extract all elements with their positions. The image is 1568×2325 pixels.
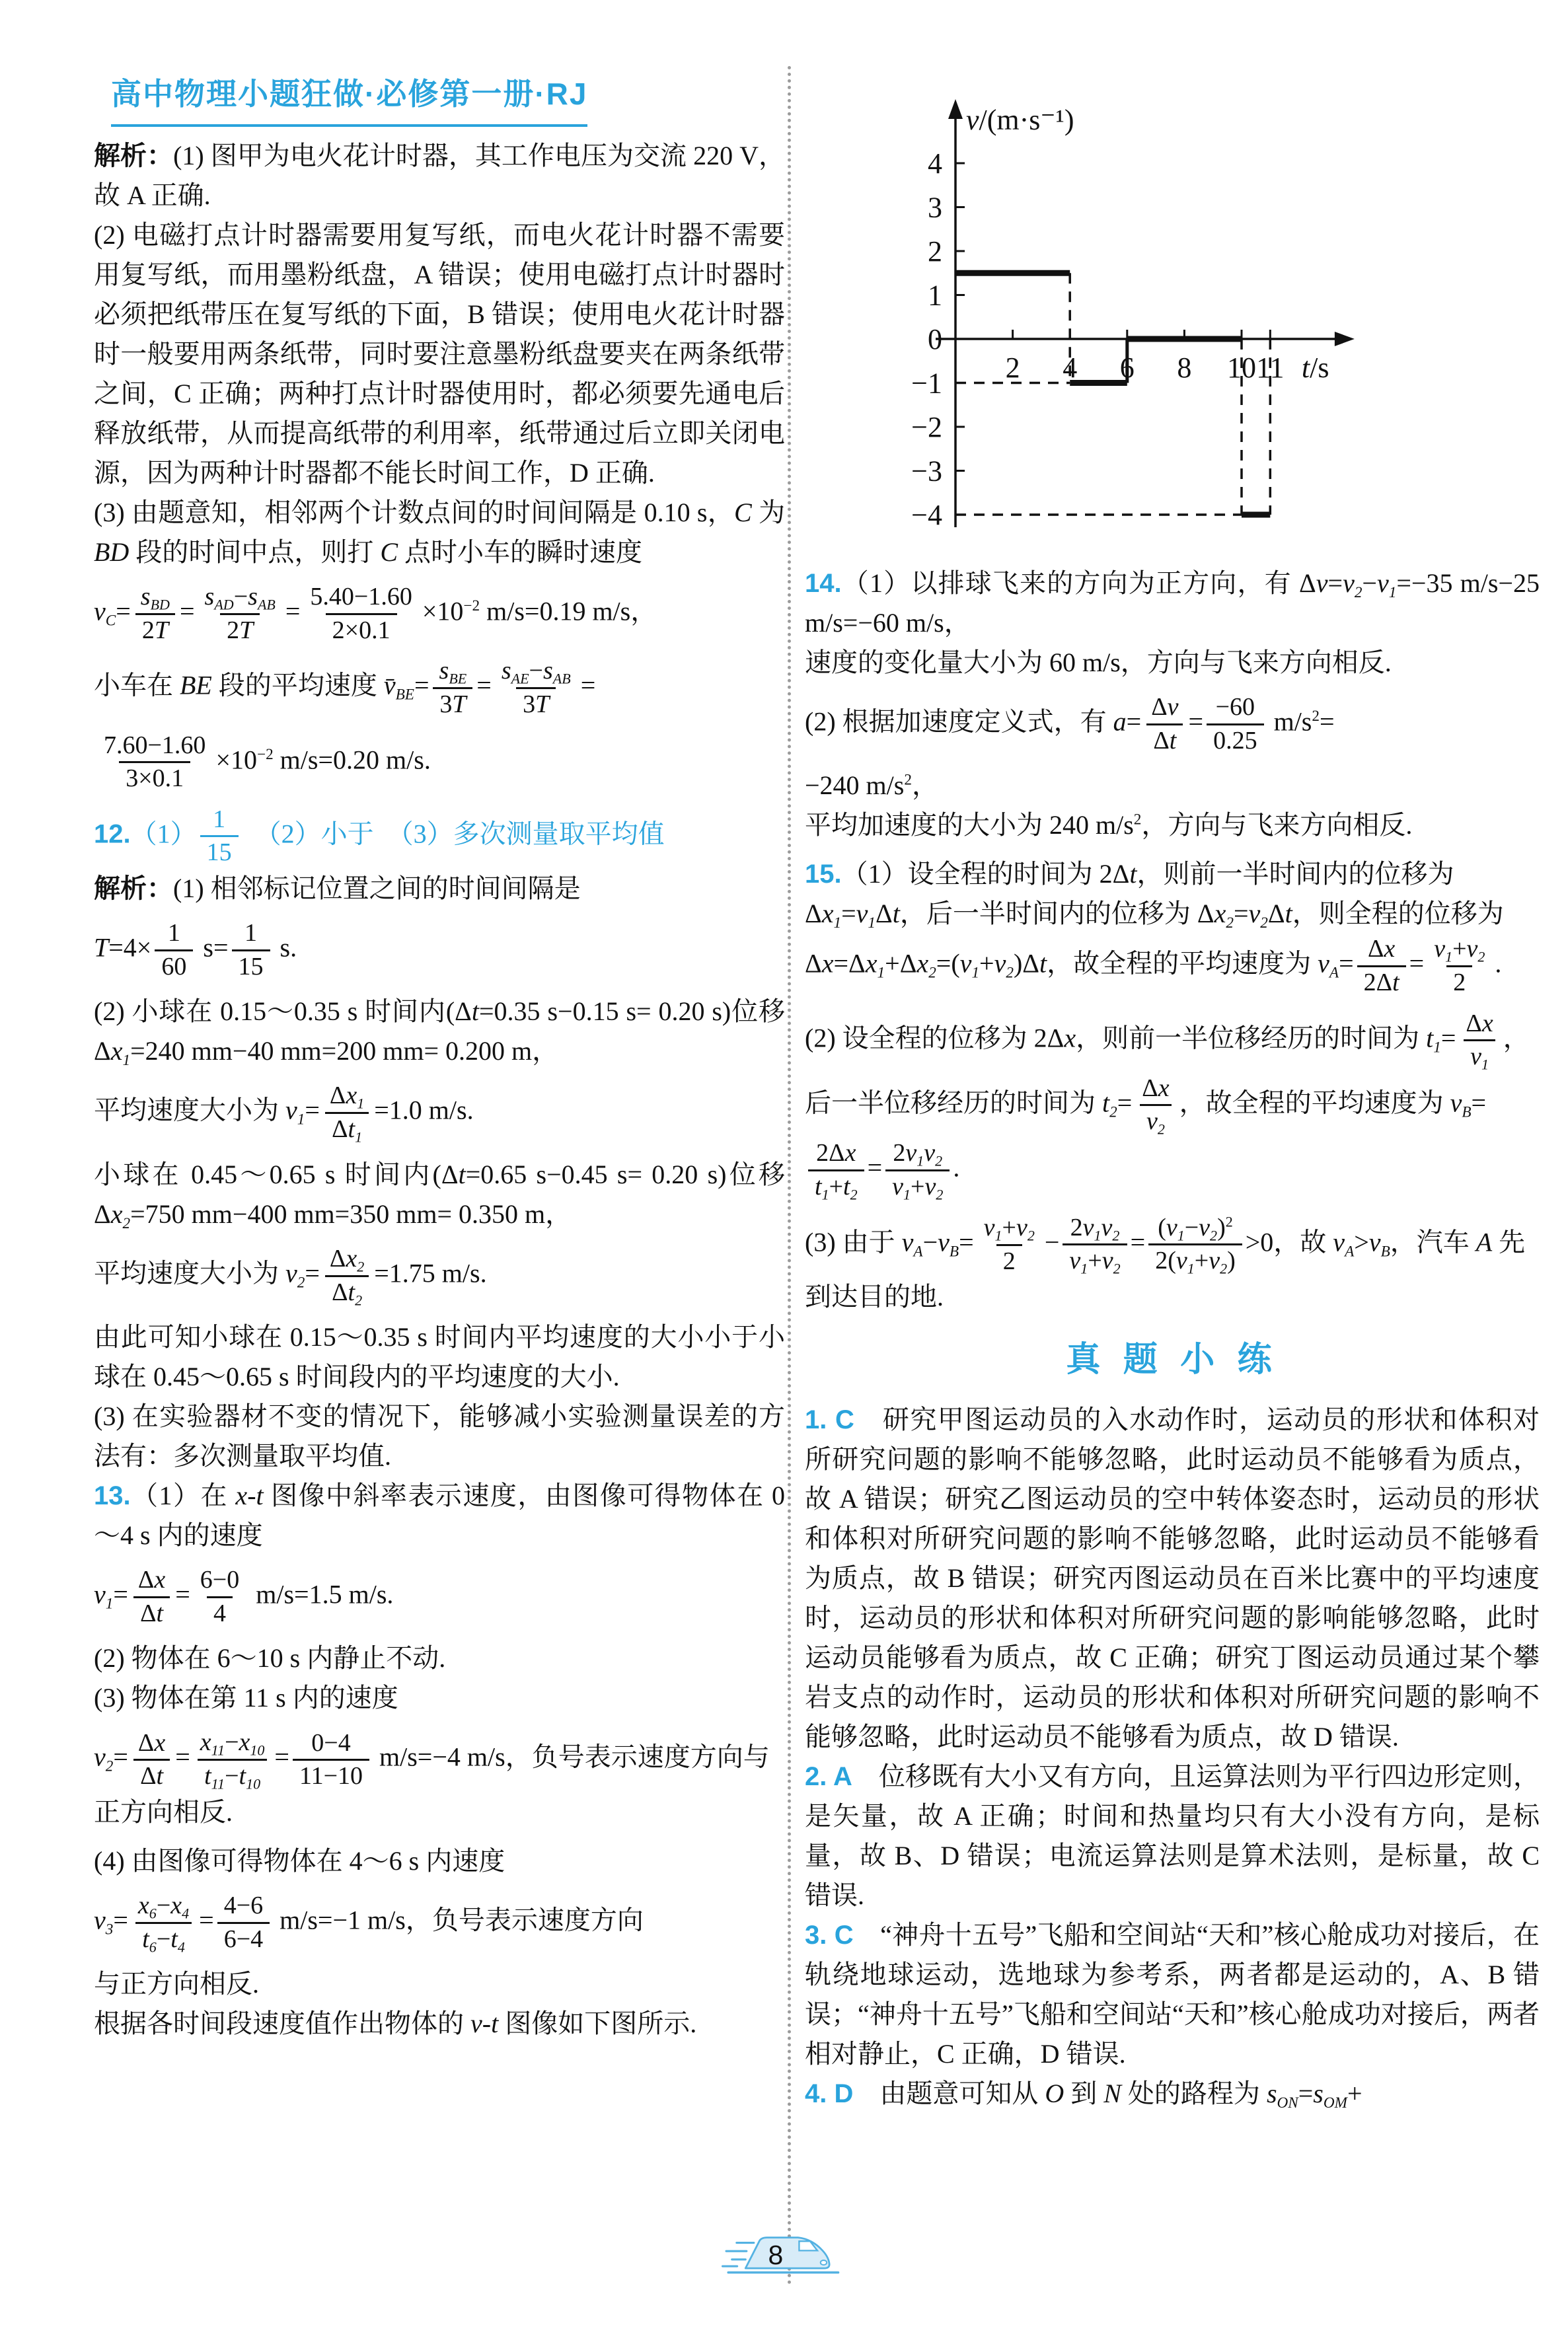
formula-paragraph: 15.（1）设全程的时间为 2Δt，则前一半时间内的位移为 Δx1=v1Δt，后… bbox=[805, 854, 1540, 998]
page-badge: 8 bbox=[720, 2232, 843, 2276]
paragraph: 平均加速度的大小为 240 m/s2，方向与飞来方向相反. bbox=[805, 805, 1540, 845]
svg-text:2: 2 bbox=[1006, 351, 1020, 384]
paragraph: 由此可知小球在 0.15～0.35 s 时间内平均速度的大小小于小球在 0.45… bbox=[94, 1317, 785, 1397]
paragraph: 1. C 研究甲图运动员的入水动作时，运动员的形状和体积对所研究问题的影响不能够… bbox=[805, 1400, 1540, 1757]
velocity-time-chart: 2468101143210−1−2−3−4v/(m·s⁻¹)t/s bbox=[805, 92, 1540, 548]
paragraph: 根据各时间段速度值作出物体的 v-t 图像如下图所示. bbox=[94, 2004, 785, 2044]
chart-tick-labels: 2468101143210−1−2−3−4v/(m·s⁻¹)t/s bbox=[911, 104, 1329, 531]
svg-text:8: 8 bbox=[1177, 351, 1191, 384]
chart-dashed-guides bbox=[955, 273, 1270, 515]
paragraph: 3. C “神舟十五号”飞船和空间站“天和”核心舱成功对接后，在轨绕地球运动，选… bbox=[805, 1915, 1540, 2074]
paragraph: (2) 物体在 6～10 s 内静止不动. bbox=[94, 1639, 785, 1678]
paragraph: 小球在 0.45～0.65 s 时间内(Δt=0.65 s−0.45 s= 0.… bbox=[94, 1155, 785, 1234]
paragraph: 14.（1）以排球飞来的方向为正方向，有 Δv=v2−v1=−35 m/s−25… bbox=[805, 564, 1540, 643]
paragraph: −240 m/s2， bbox=[805, 766, 1540, 805]
page-number: 8 bbox=[768, 2240, 784, 2270]
paragraph: 2. A 位移既有大小又有方向，且运算法则为平行四边形定则，是矢量，故 A 正确… bbox=[805, 1757, 1540, 1915]
paragraph: 速度的变化量大小为 60 m/s，方向与飞来方向相反. bbox=[805, 643, 1540, 683]
paragraph: 解析：(1) 相邻标记位置之间的时间间隔是 bbox=[94, 869, 785, 908]
formula-paragraph: v1=ΔxΔt=6−04 m/s=1.5 m/s. bbox=[94, 1565, 785, 1629]
left-column: 解析：(1) 图甲为电火花计时器，其工作电压为交流 220 V，故 A 正确.(… bbox=[94, 136, 785, 2044]
formula-paragraph: (2) 根据加速度定义式，有 a=ΔvΔt=−600.25 m/s2= bbox=[805, 692, 1540, 757]
svg-text:−3: −3 bbox=[911, 455, 942, 488]
formula-paragraph: 小车在 BE 段的平均速度 v̄BE=sBE3T=sAE−sAB3T= bbox=[94, 655, 785, 720]
formula-paragraph: (2) 设全程的位移为 2Δx，则前一半位移经历的时间为 t1=Δxv1，后一半… bbox=[805, 1008, 1540, 1203]
chart-series bbox=[955, 273, 1270, 515]
paragraph: 4. D 由题意可知从 O 到 N 处的路程为 sON=sOM+ bbox=[805, 2074, 1540, 2114]
svg-text:0: 0 bbox=[928, 323, 942, 355]
right-column: 2468101143210−1−2−3−4v/(m·s⁻¹)t/s14.（1）以… bbox=[805, 92, 1540, 2114]
svg-text:1: 1 bbox=[928, 279, 942, 312]
section-title: 真 题 小 练 bbox=[805, 1334, 1540, 1385]
formula-paragraph: T=4×160 s=115 s. bbox=[94, 918, 785, 982]
page: 高中物理小题狂做·必修第一册·RJ 解析：(1) 图甲为电火花计时器，其工作电压… bbox=[0, 0, 1568, 2325]
paragraph: (4) 由图像可得物体在 4～6 s 内速度 bbox=[94, 1841, 785, 1881]
formula-paragraph: (3) 由于 vA−vB=v1+v22−2v1v2v1+v2=(v1−v2)22… bbox=[805, 1212, 1540, 1317]
svg-text:3: 3 bbox=[928, 192, 942, 224]
paragraph: (3) 由题意知，相邻两个计数点间的时间间隔是 0.10 s，C 为 BD 段的… bbox=[94, 493, 785, 572]
column-divider bbox=[788, 66, 791, 2286]
paragraph: (2) 电磁打点计时器需要用复写纸，而电火花计时器不需要用复写纸，而用墨粉纸盘，… bbox=[94, 215, 785, 493]
paragraph: 与正方向相反. bbox=[94, 1964, 785, 2004]
chart-axes bbox=[936, 116, 1336, 527]
vt-graph-svg: 2468101143210−1−2−3−4v/(m·s⁻¹)t/s bbox=[805, 92, 1540, 536]
formula-paragraph: 平均速度大小为 v2=Δx2Δt2=1.75 m/s. bbox=[94, 1243, 785, 1309]
formula-paragraph: 7.60−1.603×0.1×10−2 m/s=0.20 m/s. bbox=[94, 730, 785, 795]
svg-text:4: 4 bbox=[928, 147, 942, 180]
svg-text:2: 2 bbox=[928, 235, 942, 268]
paragraph: (3) 物体在第 11 s 内的速度 bbox=[94, 1678, 785, 1718]
formula-paragraph: v3=x6−x4t6−t4=4−66−4 m/s=−1 m/s，负号表示速度方向 bbox=[94, 1890, 785, 1956]
svg-text:−4: −4 bbox=[911, 499, 942, 531]
paragraph: 13.（1）在 x-t 图像中斜率表示速度，由图像可得物体在 0～4 s 内的速… bbox=[94, 1476, 785, 1555]
formula-paragraph: v2=ΔxΔt=x11−x10t11−t10=0−411−10 m/s=−4 m… bbox=[94, 1727, 785, 1832]
svg-text:v/(m·s⁻¹): v/(m·s⁻¹) bbox=[966, 104, 1074, 136]
svg-text:t/s: t/s bbox=[1302, 351, 1329, 384]
paragraph: (2) 小球在 0.15～0.35 s 时间内(Δt=0.35 s−0.15 s… bbox=[94, 992, 785, 1071]
formula-paragraph: vC=sBD2T=sAD−sAB2T=5.40−1.602×0.1×10−2 m… bbox=[94, 581, 785, 646]
paragraph: (3) 在实验器材不变的情况下，能够减小实验测量误差的方法有：多次测量取平均值. bbox=[94, 1397, 785, 1476]
svg-text:−1: −1 bbox=[911, 367, 942, 400]
formula-paragraph: 平均速度大小为 v1=Δx1Δt1=1.0 m/s. bbox=[94, 1080, 785, 1146]
svg-text:−2: −2 bbox=[911, 411, 942, 443]
paragraph: 解析：(1) 图甲为电火花计时器，其工作电压为交流 220 V，故 A 正确. bbox=[94, 136, 785, 215]
answer-line: 12.（1）115 （2）小于 （3）多次测量取平均值 bbox=[94, 804, 785, 869]
page-header: 高中物理小题狂做·必修第一册·RJ bbox=[111, 70, 587, 127]
page-title: 高中物理小题狂做·必修第一册·RJ bbox=[111, 70, 587, 127]
